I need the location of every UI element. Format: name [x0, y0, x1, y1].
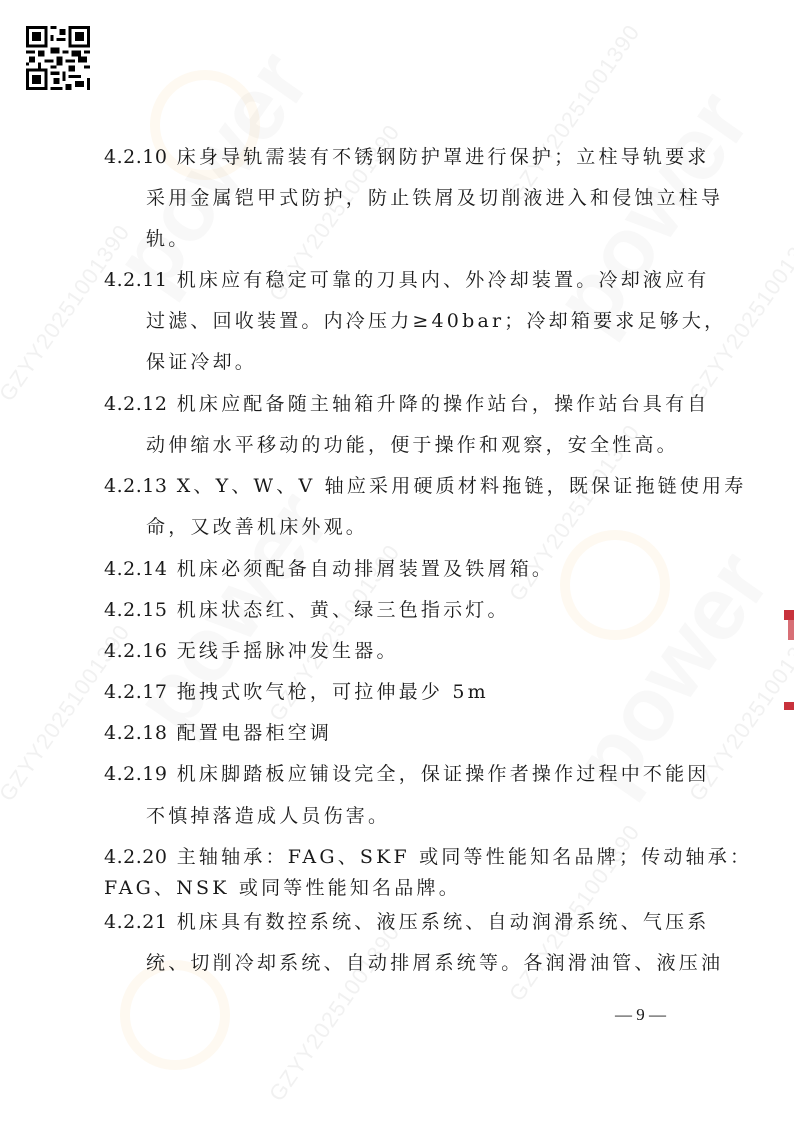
- clause-number: 4.2.10: [104, 146, 167, 168]
- clause-line: 4.2.13 X、Y、W、V 轴应采用硬质材料拖链，既保证拖链使用寿: [104, 474, 746, 498]
- clause-text: 命，又改善机床外观。: [146, 516, 368, 538]
- clause-continuation-line: 统、切削冷却系统、自动排屑系统等。各润滑油管、液压油: [146, 951, 723, 975]
- page-number: — 9 —: [615, 1005, 666, 1025]
- clause-text: 过滤、回收装置。内冷压力≥40bar；冷却箱要求足够大，: [146, 310, 726, 332]
- clause-text: 采用金属铠甲式防护，防止铁屑及切削液进入和侵蚀立柱导: [146, 187, 723, 209]
- clause-continuation-line: 过滤、回收装置。内冷压力≥40bar；冷却箱要求足够大，: [146, 309, 726, 333]
- clause-line: 4.2.21 机床具有数控系统、液压系统、自动润滑系统、气压系: [104, 910, 710, 934]
- clause-line: 4.2.10 床身导轨需装有不锈钢防护罩进行保护；立柱导轨要求: [104, 145, 710, 169]
- clause-text: 床身导轨需装有不锈钢防护罩进行保护；立柱导轨要求: [177, 146, 710, 168]
- clause-number: 4.2.14: [104, 558, 167, 580]
- side-edge-mark: [788, 618, 794, 640]
- clause-continuation-line: 不慎掉落造成人员伤害。: [146, 804, 390, 828]
- clause-number: 4.2.20: [104, 846, 167, 868]
- clause-text: 保证冷却。: [146, 351, 257, 373]
- clause-text: 机床必须配备自动排屑装置及铁屑箱。: [177, 558, 554, 580]
- clause-line: 4.2.17 拖拽式吹气枪，可拉伸最少 5m: [104, 680, 489, 704]
- clause-number: 4.2.19: [104, 763, 167, 785]
- watermark-text: GZYY20251001390: [0, 220, 135, 407]
- clause-continuation-line: 采用金属铠甲式防护，防止铁屑及切削液进入和侵蚀立柱导: [146, 186, 723, 210]
- clause-line: 4.2.11 机床应有稳定可靠的刀具内、外冷却装置。冷却液应有: [104, 268, 710, 292]
- clause-text: 不慎掉落造成人员伤害。: [146, 805, 390, 827]
- clause-line: 4.2.19 机床脚踏板应铺设完全，保证操作者操作过程中不能因: [104, 762, 710, 786]
- clause-text: 机床具有数控系统、液压系统、自动润滑系统、气压系: [177, 911, 710, 933]
- clause-text: 拖拽式吹气枪，可拉伸最少 5m: [177, 681, 489, 703]
- clause-continuation-line: 动伸缩水平移动的功能，便于操作和观察，安全性高。: [146, 433, 679, 457]
- clause-number: 4.2.16: [104, 640, 167, 662]
- clause-text: 配置电器柜空调: [177, 722, 332, 744]
- clause-line: 4.2.14 机床必须配备自动排屑装置及铁屑箱。: [104, 557, 554, 581]
- watermark-text: GZYY20251001390: [264, 920, 405, 1107]
- clause-number: 4.2.11: [104, 269, 167, 291]
- clause-text: 机床应配备随主轴箱升降的操作站台，操作站台具有自: [177, 393, 710, 415]
- clause-text: X、Y、W、V 轴应采用硬质材料拖链，既保证拖链使用寿: [177, 475, 747, 497]
- clause-line: 4.2.18 配置电器柜空调: [104, 721, 332, 745]
- clause-continuation-line: FAG、NSK 或同等性能知名品牌。: [104, 876, 461, 900]
- clause-text: 无线手摇脉冲发生器。: [177, 640, 399, 662]
- qr-code-icon: [26, 26, 90, 90]
- clause-text: 主轴轴承：FAG、SKF 或同等性能知名品牌；传动轴承：: [177, 846, 752, 868]
- clause-text: 机床脚踏板应铺设完全，保证操作者操作过程中不能因: [177, 763, 710, 785]
- clause-number: 4.2.12: [104, 393, 167, 415]
- clause-line: 4.2.20 主轴轴承：FAG、SKF 或同等性能知名品牌；传动轴承：: [104, 845, 752, 869]
- clause-text: 轨。: [146, 228, 190, 250]
- clause-number: 4.2.15: [104, 599, 167, 621]
- clause-text: FAG、NSK 或同等性能知名品牌。: [104, 877, 461, 899]
- clause-line: 4.2.12 机床应配备随主轴箱升降的操作站台，操作站台具有自: [104, 392, 710, 416]
- watermark-text: GZYY20251001390: [504, 20, 645, 207]
- clause-text: 机床状态红、黄、绿三色指示灯。: [177, 599, 510, 621]
- side-edge-mark: [784, 702, 794, 710]
- clause-line: 4.2.15 机床状态红、黄、绿三色指示灯。: [104, 598, 510, 622]
- clause-text: 机床应有稳定可靠的刀具内、外冷却装置。冷却液应有: [177, 269, 710, 291]
- clause-continuation-line: 轨。: [146, 227, 190, 251]
- clause-text: 统、切削冷却系统、自动排屑系统等。各润滑油管、液压油: [146, 952, 723, 974]
- clause-number: 4.2.18: [104, 722, 167, 744]
- clause-text: 动伸缩水平移动的功能，便于操作和观察，安全性高。: [146, 434, 679, 456]
- clause-continuation-line: 保证冷却。: [146, 350, 257, 374]
- clause-continuation-line: 命，又改善机床外观。: [146, 515, 368, 539]
- clause-number: 4.2.17: [104, 681, 167, 703]
- clause-number: 4.2.13: [104, 475, 167, 497]
- clause-number: 4.2.21: [104, 911, 167, 933]
- clause-line: 4.2.16 无线手摇脉冲发生器。: [104, 639, 399, 663]
